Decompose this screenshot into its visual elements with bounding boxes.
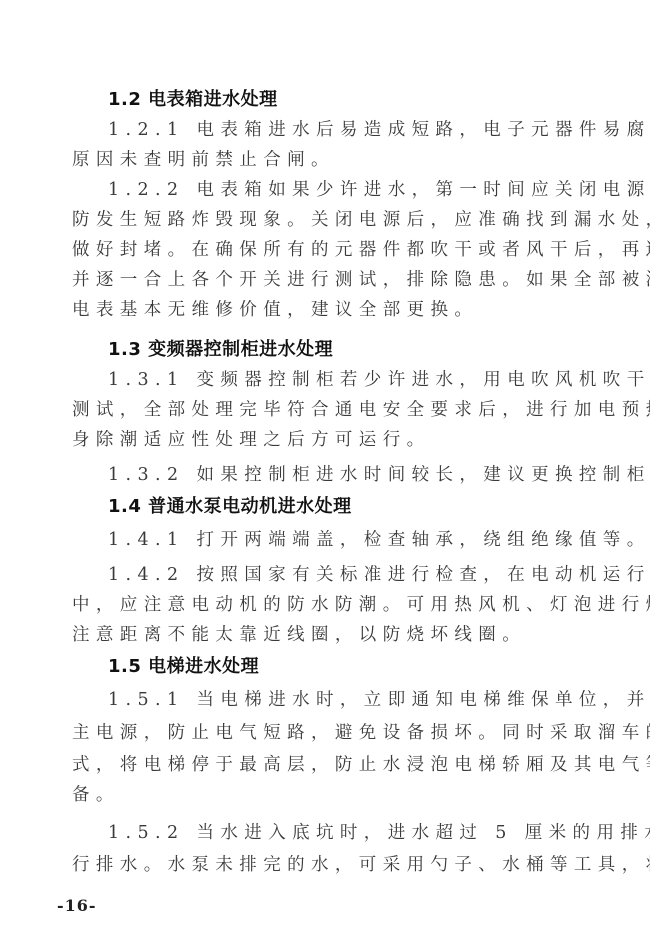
paragraph-line: 身除潮适应性处理之后方可运行。 bbox=[72, 425, 562, 455]
paragraph-line: 主电源，防止电气短路，避免设备损坏。同时采取溜车的方 bbox=[72, 718, 562, 748]
document-page: 1.2 电表箱进水处理 1.2.1 电表箱进水后易造成短路，电子元器件易腐锈蚀，… bbox=[0, 0, 650, 946]
paragraph-line: 原因未查明前禁止合闸。 bbox=[72, 145, 562, 175]
paragraph-line: 备。 bbox=[72, 780, 562, 810]
section-heading: 1.2 电表箱进水处理 bbox=[108, 85, 278, 115]
paragraph-line: 式，将电梯停于最高层，防止水浸泡电梯轿厢及其电气等设 bbox=[72, 750, 562, 780]
paragraph-line: 中，应注意电动机的防水防潮。可用热风机、灯泡进行烘干， bbox=[72, 590, 562, 620]
paragraph-line: 1.3.1 变频器控制柜若少许进水，用电吹风机吹干检查 bbox=[108, 365, 562, 395]
paragraph-line: 1.5.1 当电梯进水时，立即通知电梯维保单位，并关闭 bbox=[108, 685, 562, 715]
paragraph-line: 并逐一合上各个开关进行测试，排除隐患。如果全部被淹， bbox=[72, 265, 562, 295]
paragraph-line: 测试，全部处理完毕符合通电安全要求后，进行加电预热自 bbox=[72, 395, 562, 425]
paragraph-line: 1.3.2 如果控制柜进水时间较长，建议更换控制柜。 bbox=[108, 460, 562, 490]
paragraph-line: 做好封堵。在确保所有的元器件都吹干或者风干后，再通电 bbox=[72, 235, 562, 265]
paragraph-line: 1.2.1 电表箱进水后易造成短路，电子元器件易腐锈蚀， bbox=[108, 115, 562, 145]
paragraph-line: 1.4.2 按照国家有关标准进行检查，在电动机运行过程 bbox=[108, 560, 562, 590]
paragraph-line: 注意距离不能太靠近线圈，以防烧坏线圈。 bbox=[72, 620, 562, 650]
page-number: -16- bbox=[57, 896, 97, 915]
paragraph-line: 电表基本无维修价值，建议全部更换。 bbox=[72, 295, 562, 325]
section-heading: 1.3 变频器控制柜进水处理 bbox=[108, 335, 333, 365]
paragraph-line: 1.4.1 打开两端端盖，检查轴承，绕组绝缘值等。 bbox=[108, 525, 562, 555]
paragraph-line: 防发生短路炸毁现象。关闭电源后，应准确找到漏水处，并 bbox=[72, 205, 562, 235]
section-heading: 1.4 普通水泵电动机进水处理 bbox=[108, 492, 352, 522]
section-heading: 1.5 电梯进水处理 bbox=[108, 652, 259, 682]
paragraph-line: 行排水。水泵未排完的水，可采用勺子、水桶等工具，将水 bbox=[72, 850, 562, 880]
paragraph-line: 1.2.2 电表箱如果少许进水，第一时间应关闭电源，以 bbox=[108, 175, 562, 205]
paragraph-line: 1.5.2 当水进入底坑时，进水超过 5 厘米的用排水泵进 bbox=[108, 818, 562, 848]
